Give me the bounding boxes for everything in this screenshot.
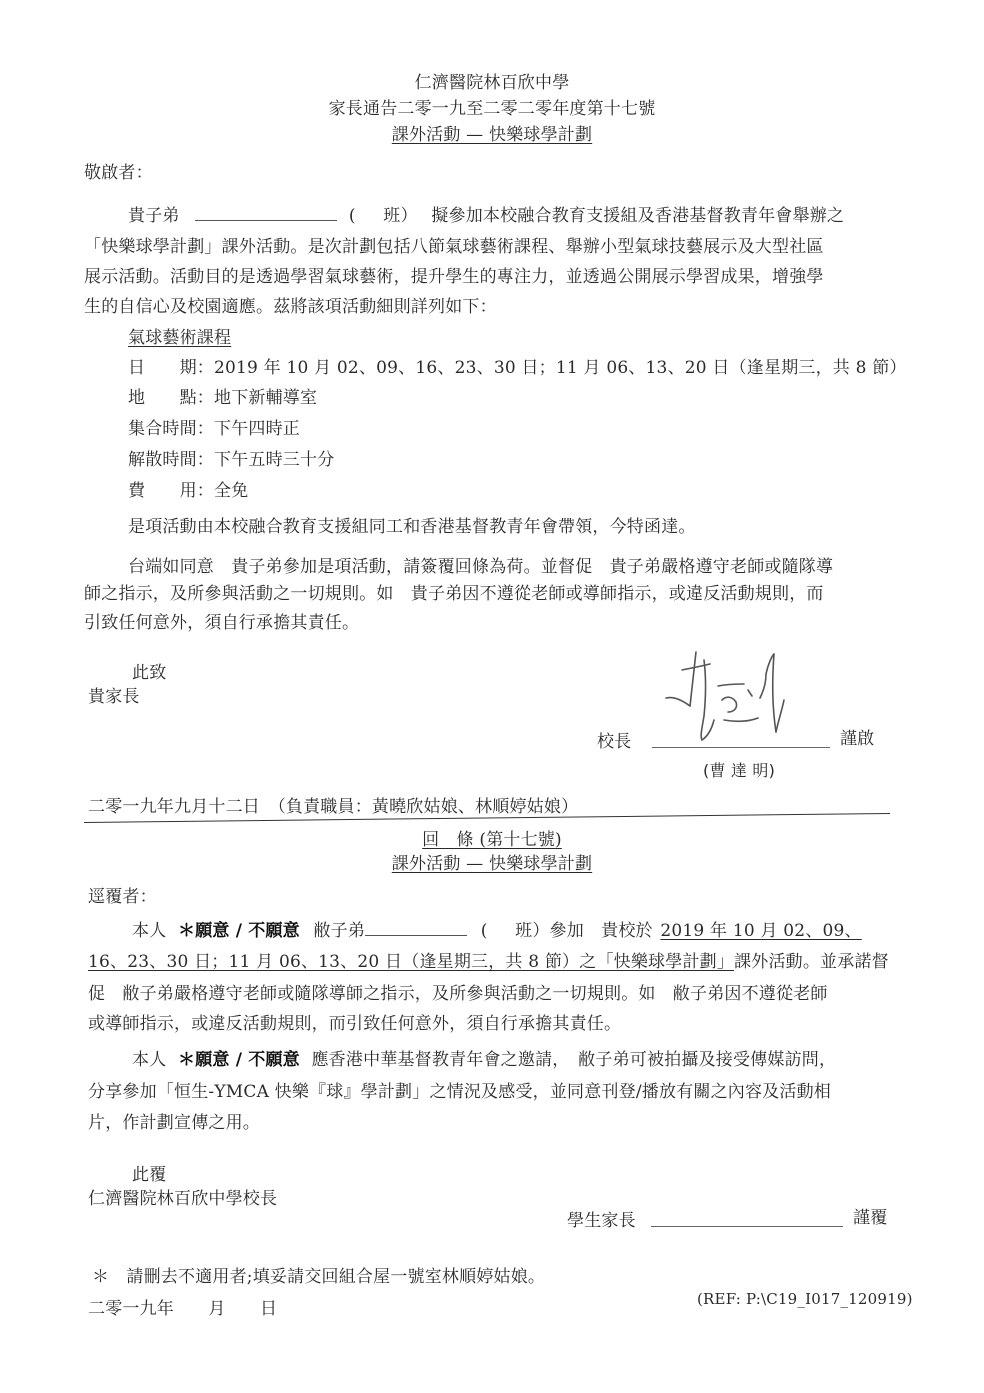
notice-subject-wrap: 課外活動 — 快樂球學計劃 <box>0 124 984 146</box>
detail-label: 地 點： <box>128 388 214 408</box>
intro-line-1: 貴子弟 ( 班） 擬參加本校融合教育支援組及香港基督教青年會舉辦之 <box>128 205 844 227</box>
detail-assembly-time: 集合時間：下午四時正 <box>128 418 300 440</box>
notice-number: 家長通告二零一九至二零二零年度第十七號 <box>0 98 984 120</box>
principal-label: 校長 <box>597 731 631 753</box>
reply-title-wrap: 回 條 (第十七號) <box>0 829 984 851</box>
closing-regards: 此致 <box>132 662 166 684</box>
reply-subject: 課外活動 — 快樂球學計劃 <box>392 854 592 874</box>
reply-title: 回 條 (第十七號) <box>422 830 562 850</box>
reply-para1-line3: 促 敝子弟嚴格遵守老師或隨隊導師之指示，及所參與活動之一切規則。如 敝子弟因不遵… <box>88 983 828 1005</box>
reply-para1-line4: 或導師指示，或違反活動規則，而引致任何意外，須自行承擔其責任。 <box>88 1013 621 1035</box>
detail-dismissal-time: 解散時間：下午五時三十分 <box>128 449 334 471</box>
reply-line2-rest: 課外活動。並承諾督 <box>734 952 889 972</box>
lead-paragraph: 是項活動由本校融合教育支援組同工和香港基督教青年會帶領，今特函達。 <box>128 516 696 538</box>
willing-choice-toggle[interactable]: ＊願意 / 不願意 <box>178 921 300 941</box>
reply-para2-line1: 本人 ＊願意 / 不願意 應香港中華基督教青年會之邀請， 敝子弟可被拍攝及接受傳… <box>132 1049 836 1071</box>
school-name: 仁濟醫院林百欣中學 <box>0 72 984 94</box>
reply-para2-line2: 分享參加「恒生-YMCA 快樂『球』學計劃」之情況及感受，並同意刊登/播放有關之… <box>88 1081 831 1103</box>
parent-signature-line[interactable] <box>651 1226 843 1227</box>
reply-date-line: 二零一九年 月 日 <box>88 1298 277 1320</box>
detail-location: 地 點：地下新輔導室 <box>128 387 317 409</box>
reply-salutation: 逕覆者： <box>88 886 157 908</box>
principal-closing: 謹啟 <box>840 728 874 750</box>
student-name-blank[interactable] <box>195 206 337 221</box>
reply-dates-part1: 2019 年 10 月 02、09、 <box>660 921 861 941</box>
reply-para1-line2: 16、23、30 日；11 月 06、13、20 日（逢星期三，共 8 節）之「… <box>88 951 889 973</box>
reply-student-name-blank[interactable] <box>365 921 467 936</box>
reply-para2-line3: 片，作計劃宣傳之用。 <box>88 1112 260 1134</box>
detail-label: 費 用： <box>128 481 214 501</box>
notice-date-line: 二零一九年九月十二日 （負責職員：黃曉欣姑娘、林順婷姑娘） <box>88 796 578 818</box>
intro-prefix: 貴子弟 <box>128 206 180 226</box>
principal-name: (曹 達 明) <box>703 760 775 782</box>
reply-para2-rest: 應香港中華基督教青年會之邀請， 敝子弟可被拍攝及接受傳媒訪問， <box>311 1050 836 1070</box>
detail-date: 日 期：2019 年 10 月 02、09、16、23、30 日；11 月 06… <box>128 357 907 379</box>
media-consent-choice-toggle[interactable]: ＊願意 / 不願意 <box>178 1050 300 1070</box>
detail-value: 下午五時三十分 <box>214 450 334 470</box>
reply-class-open: ( <box>481 921 488 941</box>
consent-line-1: 台端如同意 貴子弟參加是項活動，請簽覆回條為荷。並督促 貴子弟嚴格遵守老師或隨隊… <box>128 556 833 578</box>
consent-line-2: 師之指示，及所參與活動之一切規則。如 貴子弟因不遵從老師或導師指示，或違反活動規… <box>84 583 824 605</box>
detail-value: 下午四時正 <box>214 419 300 439</box>
reply-para1-line1: 本人 ＊願意 / 不願意 敝子弟 ( 班）參加 貴校於 2019 年 10 月 … <box>132 920 862 942</box>
detail-value: 地下新輔導室 <box>214 388 317 408</box>
detail-label: 集合時間： <box>128 419 214 439</box>
consent-line-3: 引致任何意外，須自行承擔其責任。 <box>84 612 359 634</box>
salutation: 敬啟者： <box>84 162 153 184</box>
closing-recipient: 貴家長 <box>88 686 140 708</box>
intro-rest: 擬參加本校融合教育支援組及香港基督教青年會舉辦之 <box>431 206 844 226</box>
parent-label: 學生家長 <box>567 1210 636 1232</box>
reply-dates-part2: 16、23、30 日；11 月 06、13、20 日（逢星期三，共 8 節）之「… <box>88 952 734 972</box>
detail-fee: 費 用：全免 <box>128 480 248 502</box>
notice-page: 仁濟醫院林百欣中學 家長通告二零一九至二零二零年度第十七號 課外活動 — 快樂球… <box>0 0 984 1393</box>
course-title: 氣球藝術課程 <box>128 327 231 349</box>
footnote: ＊ 請刪去不適用者;填妥請交回組合屋一號室林順婷姑娘。 <box>92 1266 545 1288</box>
reply-closing: 此覆 <box>132 1164 166 1186</box>
intro-line-3: 展示活動。活動目的是透過學習氣球藝術，提升學生的專注力，並透過公開展示學習成果，… <box>84 266 824 288</box>
detail-label: 日 期： <box>128 358 214 378</box>
reply-recipient: 仁濟醫院林百欣中學校長 <box>88 1188 277 1210</box>
reply-subject-wrap: 課外活動 — 快樂球學計劃 <box>0 853 984 875</box>
detail-value: 全免 <box>214 481 248 501</box>
class-label: 班） <box>383 206 417 226</box>
reply-prefix: 本人 <box>132 1050 166 1070</box>
principal-signature-icon <box>652 640 832 748</box>
detail-label: 解散時間： <box>128 450 214 470</box>
notice-subject: 課外活動 — 快樂球學計劃 <box>392 125 592 145</box>
intro-line-2: 「快樂球學計劃」課外活動。是次計劃包括八節氣球藝術課程、舉辦小型氣球技藝展示及大… <box>84 236 824 258</box>
reply-class-label: 班）參加 貴校於 <box>515 921 653 941</box>
parent-closing: 謹覆 <box>853 1207 887 1229</box>
detail-value: 2019 年 10 月 02、09、16、23、30 日；11 月 06、13、… <box>214 358 907 378</box>
reply-prefix: 本人 <box>132 921 166 941</box>
intro-line-4: 生的自信心及校園適應。茲將該項活動細則詳列如下： <box>84 296 497 318</box>
reply-child: 敝子弟 <box>313 921 365 941</box>
reference-code: (REF: P:\C19_I017_120919) <box>697 1288 913 1310</box>
class-open: ( <box>349 206 356 226</box>
